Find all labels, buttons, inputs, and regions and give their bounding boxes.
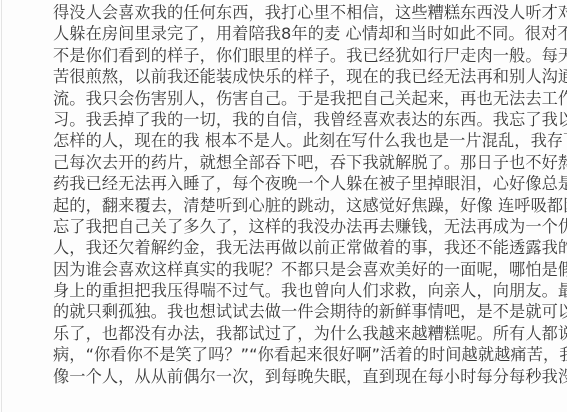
text-line: 病，“你看你不是笑了吗？”“你看起来很好啊”活着的时间越就越痛苦，我越来越不 bbox=[53, 344, 563, 365]
text-line: 起的，翻来覆去，清楚听到心脏的跳动，这感觉好焦躁，好像 连呼吸都困难，我 bbox=[53, 195, 563, 216]
text-line: 药我已经无法再入睡了，每个夜晚一个人躲在被子里掉眼泪，心好像总是揪在一 bbox=[53, 173, 563, 194]
text-line: 苦很煎熬，以前我还能装成快乐的样子，现在的我已经无法再和别人沟通、交 bbox=[53, 66, 563, 87]
text-line: 不是你们看到的样子，你们眼里的样子。我已经犹如行尸走肉一般。每天都很辛 bbox=[53, 45, 563, 66]
article-body: 得没人会喜欢我的任何东西，我打心里不相信，这些糟糕东西没人听才对。一个 人躲在房… bbox=[53, 2, 563, 387]
text-line: 的就只剩孤独。我也想试试去做一件会期待的新鲜事情吧，是不是就可以觉得快 bbox=[53, 301, 563, 322]
text-line: 乐了，也都没有办法，我都试过了，为什么我越来越糟糕呢。所有人都说我没有 bbox=[53, 323, 563, 344]
page-left-border bbox=[1, 0, 2, 412]
text-line: 身上的重担把我压得喘不过气。我也曾向人们求救，向亲人，向朋友。最后换来 bbox=[53, 280, 563, 301]
text-line: 流。我只会伤害别人，伤害自己。于是我把自己关起来，再也无法去工作、学 bbox=[53, 88, 563, 109]
text-line: 得没人会喜欢我的任何东西，我打心里不相信，这些糟糕东西没人听才对。一个 bbox=[53, 2, 563, 23]
text-line: 像一个人，从从前偶尔一次，到每晚失眠，直到现在每小时每分每秒我没有一刻 bbox=[53, 366, 563, 387]
text-line: 习。我丢掉了我的一切，我的自信，我曾经喜欢表达的东西。我忘了我以前是个 bbox=[53, 109, 563, 130]
document-page: 得没人会喜欢我的任何东西，我打心里不相信，这些糟糕东西没人听才对。一个 人躲在房… bbox=[0, 0, 567, 412]
text-line: 人，我还欠着解约金，我无法再做以前正常做着的事，我还不能透露我的情绪， bbox=[53, 237, 563, 258]
text-line: 人躲在房间里录完了，用着陪我8年的麦 心情却和当时如此不同。很对不起，我 bbox=[53, 23, 563, 44]
text-line: 怎样的人，现在的我 根本不是人。此刻在写什么我也是一片混乱，我存下了我自 bbox=[53, 130, 563, 151]
text-line: 忘了我把自己关了多久了，这样的我没办法再去赚钱，无法再成为一个优秀的 bbox=[53, 216, 563, 237]
text-line: 己每次去开的药片，就想全部吞下吧，吞下我就解脱了。那日子也不好熬，不吞 bbox=[53, 152, 563, 173]
text-line: 因为谁会喜欢这样真实的我呢？不都只是会喜欢美好的一面呢，哪怕是假象。我 bbox=[53, 259, 563, 280]
